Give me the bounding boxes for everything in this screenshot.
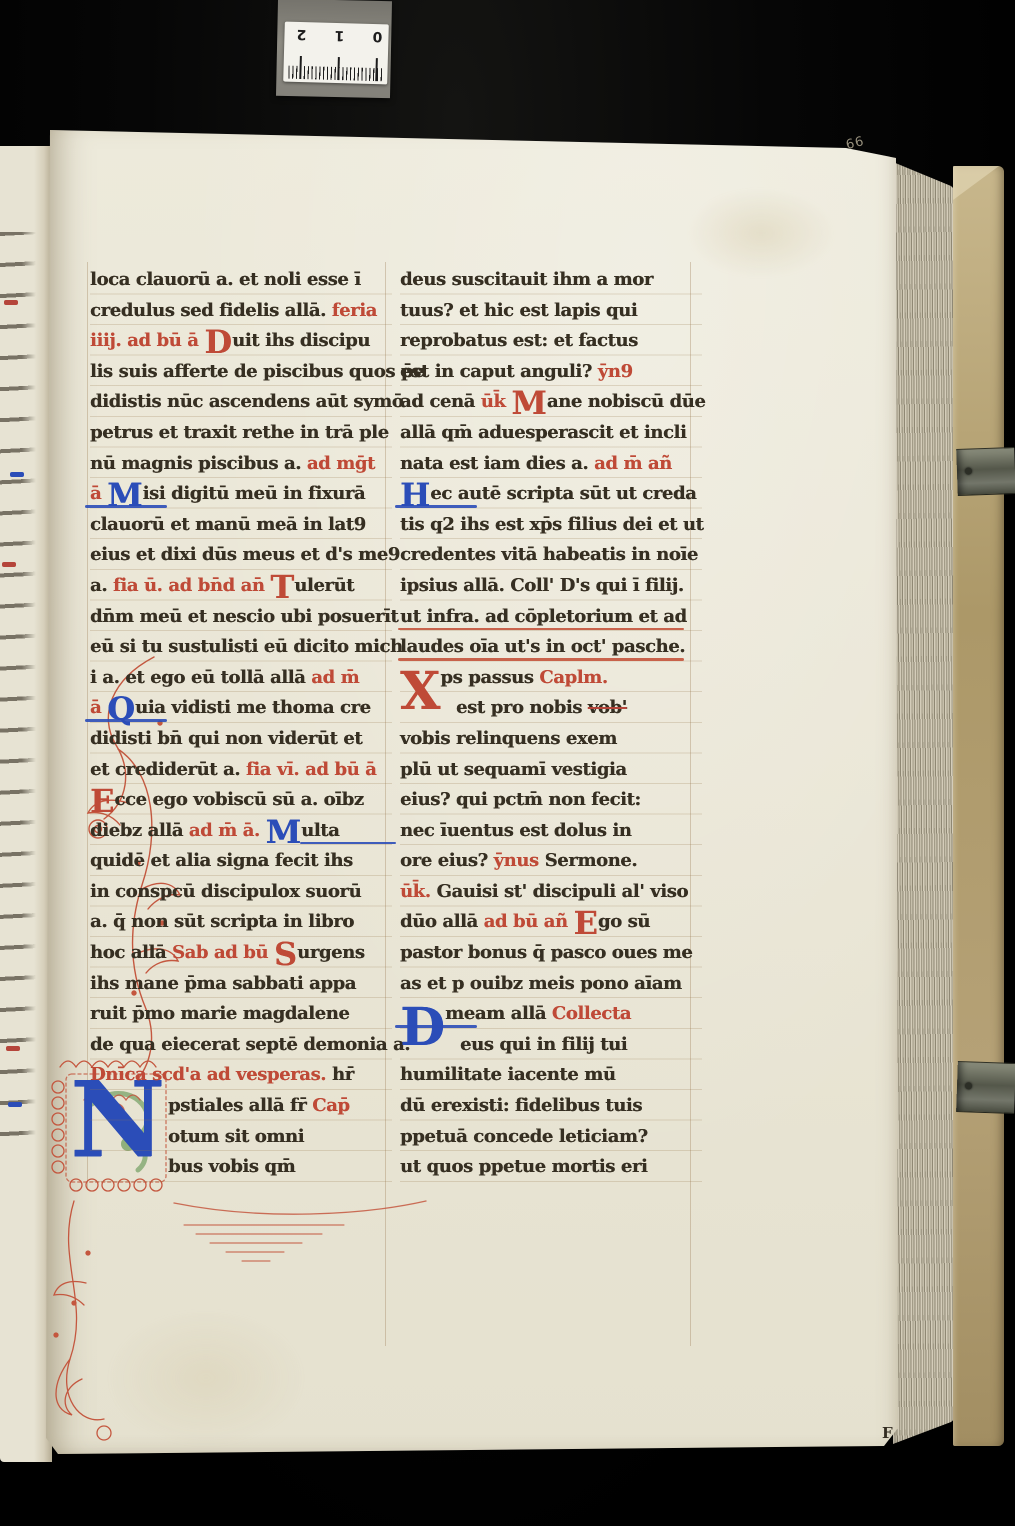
text-line: plū ut sequamī vestigia bbox=[400, 755, 702, 786]
text-line: nata est iam dies a. ad m̄ añ bbox=[400, 449, 702, 480]
text-segment: quidē et alia signa fecit ihs bbox=[90, 850, 353, 871]
text-segment: ruit p̄mo marie magdalene bbox=[90, 1003, 349, 1024]
clasp-rivet bbox=[965, 1082, 972, 1089]
text-line: tis q2 ihs est xp̄s filius dei et ut bbox=[400, 510, 702, 541]
text-column-left: loca clauorū a. et noli esse īcredulus s… bbox=[90, 265, 392, 1183]
text-segment: in conspcū discipulox suorū bbox=[90, 881, 361, 902]
text-line: nec īuentus est dolus in bbox=[400, 816, 702, 847]
text-segment: hr̄ bbox=[332, 1064, 354, 1085]
text-segment: ad m̄ bbox=[311, 667, 359, 688]
text-segment: pstiales allā fr̄ bbox=[168, 1095, 312, 1116]
text-line: otum sit omni bbox=[90, 1122, 392, 1153]
text-line: didistis nūc ascendens aūt symō bbox=[90, 387, 392, 418]
previous-page-text-marks bbox=[0, 232, 36, 1137]
text-segment: ad m̄ ā. bbox=[189, 820, 266, 841]
previous-page-rubric-mark bbox=[6, 1046, 20, 1051]
text-segment: uit ihs discipu bbox=[232, 330, 370, 351]
text-line: ore eius? ȳnus Sermone. bbox=[400, 846, 702, 877]
text-segment: Gauisi st' discipuli al' viso bbox=[437, 881, 689, 902]
text-segment: didistis nūc ascendens aūt symō bbox=[90, 391, 403, 412]
text-line: nū magnis piscibus a. ad mḡt bbox=[90, 449, 392, 480]
text-line: et crediderūt a. fia vī. ad bū ā bbox=[90, 755, 392, 786]
text-segment: nec īuentus est dolus in bbox=[400, 820, 631, 841]
text-segment: Collecta bbox=[552, 1003, 631, 1024]
flourish-underline bbox=[85, 505, 167, 508]
text-line: a. q̄ non sūt scripta in libro bbox=[90, 907, 392, 938]
text-segment: credentes vitā habeatis in noīe bbox=[400, 544, 698, 565]
text-line: ipsius allā. Coll' D's qui ī filij. bbox=[400, 571, 702, 602]
cover-fold-highlight bbox=[953, 166, 999, 200]
text-segment: fia ū. ad bn̄d an̄ bbox=[113, 575, 270, 596]
text-segment: ulta bbox=[301, 820, 339, 841]
text-segment: ppetuā concede leticiam? bbox=[400, 1126, 648, 1147]
flourish-underline bbox=[300, 842, 396, 845]
text-line: a. fia ū. ad bn̄d an̄ Tulerūt bbox=[90, 571, 392, 602]
text-segment: as et p ouibz meis pono aīam bbox=[400, 973, 682, 994]
text-line: ad cenā ūk̄ Mane nobiscū dūe bbox=[400, 387, 702, 418]
text-line: ut infra. ad cōpletorium et ad bbox=[400, 602, 702, 633]
quire-mark-f: F bbox=[882, 1424, 893, 1442]
text-segment: fia vī. ad bū ā bbox=[246, 759, 376, 780]
previous-page-initial-mark bbox=[8, 1102, 22, 1107]
text-segment: Sermone. bbox=[539, 850, 637, 871]
text-line: clauorū et manū meā in lat9 bbox=[90, 510, 392, 541]
text-line: bus vobis qm̄ bbox=[90, 1152, 392, 1183]
initial-letter: S bbox=[274, 935, 296, 973]
text-line: hoc allā Sab ad bū Surgens bbox=[90, 938, 392, 969]
text-line: dūo allā ad bū añ Ego sū bbox=[400, 907, 702, 938]
text-line: humilitate iacente mū bbox=[400, 1060, 702, 1091]
text-segment: tis q2 ihs est xp̄s filius dei et ut bbox=[400, 514, 703, 535]
text-segment: meam allā bbox=[445, 1003, 552, 1024]
text-segment: dū erexisti: fidelibus tuis bbox=[400, 1095, 642, 1116]
text-line: lis suis afferte de piscibus quos p̄e bbox=[90, 357, 392, 388]
text-segment: ȳnus bbox=[494, 850, 539, 871]
ruler-number: 0 bbox=[370, 28, 384, 44]
text-line: Hec autē scripta sūt ut creda bbox=[400, 479, 702, 510]
initial-letter: H bbox=[400, 476, 429, 514]
text-segment: est in caput anguli? bbox=[400, 361, 598, 382]
text-segment: eius? qui pctm̄ non fecit: bbox=[400, 789, 641, 810]
text-segment: ane nobiscū dūe bbox=[547, 391, 706, 412]
text-segment: ūk̄. bbox=[400, 881, 437, 902]
initial-letter: M bbox=[266, 813, 300, 851]
text-segment: bus vobis qm̄ bbox=[168, 1156, 295, 1177]
text-line: i a. et ego eū tollā allā ad m̄ bbox=[90, 663, 392, 694]
text-segment: deus suscitauit ihm a mor bbox=[400, 269, 653, 290]
text-segment: reprobatus est: et factus bbox=[400, 330, 638, 351]
text-segment: de qua eiecerat septē demonia a. bbox=[90, 1034, 410, 1055]
initial-letter: E bbox=[574, 904, 597, 942]
text-segment: dūo allā bbox=[400, 911, 484, 932]
flourish-underline bbox=[398, 658, 684, 661]
text-segment: plū ut sequamī vestigia bbox=[400, 759, 627, 780]
text-segment: nū magnis piscibus a. bbox=[90, 453, 307, 474]
text-segment: otum sit omni bbox=[168, 1126, 304, 1147]
text-segment: humilitate iacente mū bbox=[400, 1064, 616, 1085]
text-line: loca clauorū a. et noli esse ī bbox=[90, 265, 392, 296]
text-column-right: deus suscitauit ihm a mortuus? et hic es… bbox=[400, 265, 702, 1183]
ruler: 2 1 0 bbox=[283, 22, 389, 85]
text-segment: ā bbox=[90, 483, 107, 504]
text-line: eū si tu sustulisti eū dicito mich bbox=[90, 632, 392, 663]
flourish-underline bbox=[85, 719, 167, 722]
text-segment: nata est iam dies a. bbox=[400, 453, 594, 474]
text-segment: Cap̄ bbox=[312, 1095, 349, 1116]
text-segment: ad cenā bbox=[400, 391, 481, 412]
initial-letter: E bbox=[90, 782, 113, 820]
text-line: dū erexisti: fidelibus tuis bbox=[400, 1091, 702, 1122]
text-line: Ecce ego vobiscū sū a. oībz bbox=[90, 785, 392, 816]
ruler-number: 2 bbox=[294, 26, 308, 42]
text-segment: allā qm̄ aduesperascit et incli bbox=[400, 422, 686, 443]
text-line: ut quos ppetue mortis eri bbox=[400, 1152, 702, 1183]
text-segment: eus qui in filij tui bbox=[460, 1034, 627, 1055]
previous-page-rubric-mark bbox=[4, 300, 18, 305]
manuscript-page: N loca clauorū a. et noli esse īcredulus… bbox=[46, 128, 898, 1458]
text-segment: a. q̄ non sūt scripta in libro bbox=[90, 911, 354, 932]
text-segment: laudes oīa ut's in oct' pasche. bbox=[400, 636, 685, 657]
text-line: deus suscitauit ihm a mor bbox=[400, 265, 702, 296]
text-segment: didisti bn̄ qui non viderūt et bbox=[90, 728, 362, 749]
text-segment: hoc allā bbox=[90, 942, 172, 963]
text-segment: ut quos ppetue mortis eri bbox=[400, 1156, 647, 1177]
text-line: ruit p̄mo marie magdalene bbox=[90, 999, 392, 1030]
clasp-strap-bottom bbox=[956, 1061, 1015, 1114]
text-line: laudes oīa ut's in oct' pasche. bbox=[400, 632, 702, 663]
text-line: allā qm̄ aduesperascit et incli bbox=[400, 418, 702, 449]
text-segment: tuus? et hic est lapis qui bbox=[400, 300, 637, 321]
text-segment: go sū bbox=[598, 911, 650, 932]
text-line: eius? qui pctm̄ non fecit: bbox=[400, 785, 702, 816]
flourish-underline bbox=[395, 1025, 477, 1028]
text-line: est pro nobis vob' bbox=[400, 693, 702, 724]
text-line: pstiales allā fr̄ Cap̄ bbox=[90, 1091, 392, 1122]
text-segment: credulus sed fidelis allā. bbox=[90, 300, 332, 321]
text-segment: ipsius allā. Coll' D's qui ī filij. bbox=[400, 575, 684, 596]
text-line: Xps passus Caplm. bbox=[400, 663, 702, 694]
text-segment: ore eius? bbox=[400, 850, 494, 871]
text-segment: ad mḡt bbox=[307, 453, 375, 474]
flourish-underline bbox=[398, 628, 684, 631]
text-segment: pastor bonus q̄ pasco oues me bbox=[400, 942, 692, 963]
clasp-rivet bbox=[965, 467, 972, 474]
book-cover bbox=[953, 166, 1004, 1446]
text-segment: ut infra. ad cōpletorium et ad bbox=[400, 606, 687, 627]
text-line: credentes vitā habeatis in noīe bbox=[400, 540, 702, 571]
text-segment: Caplm. bbox=[539, 667, 607, 688]
text-segment: ad m̄ añ bbox=[594, 453, 672, 474]
text-line: ūk̄. Gauisi st' discipuli al' viso bbox=[400, 877, 702, 908]
text-line: eus qui in filij tui bbox=[400, 1030, 702, 1061]
initial-letter: D bbox=[204, 323, 231, 361]
book-fore-edge bbox=[893, 152, 961, 1450]
parchment-stain bbox=[686, 188, 836, 278]
text-segment: iiij. ad bū ā bbox=[90, 330, 204, 351]
text-segment: ā bbox=[90, 697, 107, 718]
text-segment: vob' bbox=[588, 697, 627, 718]
text-line: Dnīca scd'a ad vesperas. hr̄ bbox=[90, 1060, 392, 1091]
text-line: vobis relinquens exem bbox=[400, 724, 702, 755]
text-segment: Dnīca scd'a ad vesperas. bbox=[90, 1064, 332, 1085]
text-line: credulus sed fidelis allā. feria bbox=[90, 296, 392, 327]
text-segment: diebz allā bbox=[90, 820, 189, 841]
text-segment: ec autē scripta sūt ut creda bbox=[430, 483, 696, 504]
text-segment: loca clauorū a. et noli esse ī bbox=[90, 269, 361, 290]
text-segment: petrus et traxit rethe in trā ple bbox=[90, 422, 389, 443]
text-segment: vobis relinquens exem bbox=[400, 728, 617, 749]
text-line: didisti bn̄ qui non viderūt et bbox=[90, 724, 392, 755]
text-segment: ȳn9 bbox=[598, 361, 633, 382]
text-segment: et crediderūt a. bbox=[90, 759, 246, 780]
initial-letter: M bbox=[511, 384, 545, 422]
text-segment: a. bbox=[90, 575, 113, 596]
previous-page-initial-mark bbox=[10, 472, 24, 477]
text-line: in conspcū discipulox suorū bbox=[90, 877, 392, 908]
text-segment: isi digitū meū in fixurā bbox=[143, 483, 366, 504]
text-segment: ihs mane p̄ma sabbati appa bbox=[90, 973, 356, 994]
text-segment: ūk̄ bbox=[481, 391, 512, 412]
text-segment: eū si tu sustulisti eū dicito mich bbox=[90, 636, 403, 657]
text-line: quidē et alia signa fecit ihs bbox=[90, 846, 392, 877]
initial-letter: M bbox=[107, 476, 141, 514]
text-segment: ulerūt bbox=[294, 575, 354, 596]
text-segment: ad bū añ bbox=[484, 911, 574, 932]
text-line: diebz allā ad m̄ ā. Multa bbox=[90, 816, 392, 847]
text-line: tuus? et hic est lapis qui bbox=[400, 296, 702, 327]
text-segment: eius et dixi dūs meus et d's me9 bbox=[90, 544, 400, 565]
text-segment: lis suis afferte de piscibus quos p̄e bbox=[90, 361, 424, 382]
text-line: dn̄m meū et nescio ubi posuerīt bbox=[90, 602, 392, 633]
text-segment: Sab ad bū bbox=[172, 942, 274, 963]
text-line: iiij. ad bū ā Duit ihs discipu bbox=[90, 326, 392, 357]
ruler-number: 1 bbox=[332, 27, 346, 43]
text-line: ā Quia vidisti me thoma cre bbox=[90, 693, 392, 724]
text-line: ā Misi digitū meū in fixurā bbox=[90, 479, 392, 510]
text-line: ppetuā concede leticiam? bbox=[400, 1122, 702, 1153]
text-segment: clauorū et manū meā in lat9 bbox=[90, 514, 366, 535]
flourish-underline bbox=[395, 505, 477, 508]
text-line: de qua eiecerat septē demonia a. bbox=[90, 1030, 392, 1061]
text-segment: uia vidisti me thoma cre bbox=[135, 697, 371, 718]
text-segment: urgens bbox=[297, 942, 364, 963]
text-segment: feria bbox=[332, 300, 377, 321]
previous-page-rubric-mark bbox=[2, 562, 16, 567]
text-line: as et p ouibz meis pono aīam bbox=[400, 969, 702, 1000]
text-segment: cce ego vobiscū sū a. oībz bbox=[114, 789, 363, 810]
text-line: pastor bonus q̄ pasco oues me bbox=[400, 938, 702, 969]
initial-letter: T bbox=[270, 568, 293, 606]
text-line: reprobatus est: et factus bbox=[400, 326, 702, 357]
text-line: eius et dixi dūs meus et d's me9 bbox=[90, 540, 392, 571]
clasp-strap-top bbox=[956, 447, 1015, 496]
text-segment: est pro nobis bbox=[456, 697, 588, 718]
text-line: Dmeam allā Collecta bbox=[400, 999, 702, 1030]
text-segment: i a. et ego eū tollā allā bbox=[90, 667, 311, 688]
text-segment: dn̄m meū et nescio ubi posuerīt bbox=[90, 606, 398, 627]
text-segment: ps passus bbox=[440, 667, 539, 688]
text-line: ihs mane p̄ma sabbati appa bbox=[90, 969, 392, 1000]
text-line: est in caput anguli? ȳn9 bbox=[400, 357, 702, 388]
text-line: petrus et traxit rethe in trā ple bbox=[90, 418, 392, 449]
initial-letter: Q bbox=[107, 690, 134, 728]
ruler-mm-ticks bbox=[288, 66, 384, 82]
